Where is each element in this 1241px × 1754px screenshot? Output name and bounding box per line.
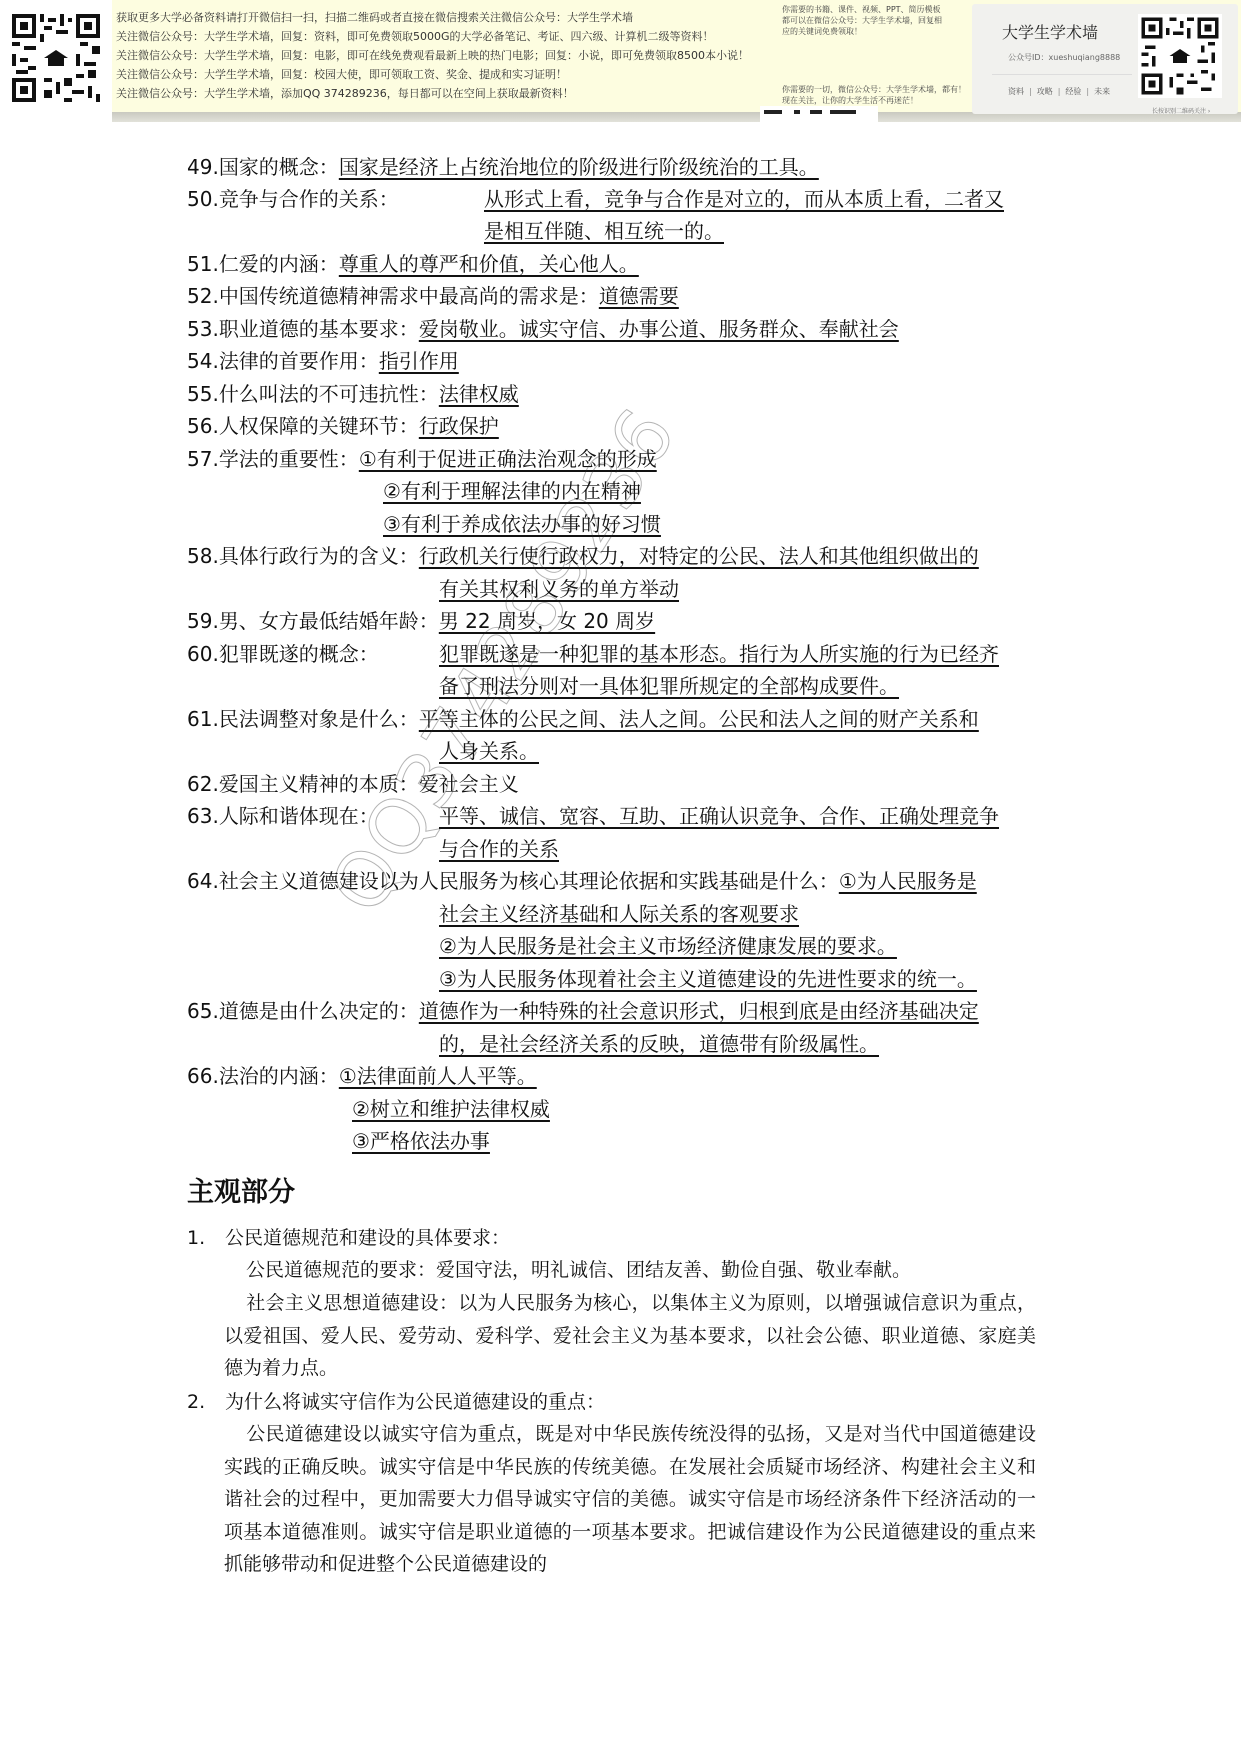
banner-line: 关注微信公众号：大学生学术墙，回复：校园大使，即可领取工资、奖金、提成和实习证明… bbox=[116, 65, 749, 84]
qr-code-icon[interactable] bbox=[1138, 14, 1222, 98]
note-line: 现在关注，让你的大学生活不再迷茫！ bbox=[782, 95, 966, 106]
item-answer: 平等、诚信、宽容、互助、正确认识竞争、合作、正确处理竞争 bbox=[439, 801, 999, 831]
item-number: 57. bbox=[187, 444, 219, 474]
paragraph-text: 社会主义思想道德建设：以为人民服务为核心，以集体主义为原则，以增强诚信意识为重点… bbox=[224, 1292, 1036, 1379]
subjective-question-2: 2.为什么将诚实守信作为公民道德建设的重点： bbox=[187, 1386, 605, 1418]
qa-item-60: 60.犯罪既遂的概念： bbox=[187, 639, 379, 669]
item-answer: ①为人民服务是 bbox=[839, 869, 977, 893]
item-answer: 平等主体的公民之间、法人之间。公民和法人之间的财产关系和 bbox=[419, 707, 979, 731]
item-answer: 男 22 周岁，女 20 周岁 bbox=[439, 609, 655, 633]
account-name: 大学生学术墙 bbox=[1002, 20, 1098, 43]
item-answer: 有关其权利义务的单方举动 bbox=[439, 574, 679, 604]
item-answer: 爱岗敬业。诚实守信、办事公道、服务群众、奉献社会 bbox=[419, 317, 899, 341]
item-question: 男、女方最低结婚年龄： bbox=[219, 609, 439, 633]
paragraph-text: 公民道德规范的要求：爱国守法，明礼诚信、团结友善、勤俭自强、敬业奉献。 bbox=[246, 1259, 911, 1281]
separator: | bbox=[1029, 87, 1032, 96]
note-line: 应的关键词免费领取！ bbox=[782, 26, 942, 37]
banner-fragment bbox=[810, 110, 822, 114]
item-answer: 道德作为一种特殊的社会意识形式，归根到底是由经济基础决定 bbox=[419, 999, 979, 1023]
qa-item-59: 59.男、女方最低结婚年龄：男 22 周岁，女 20 周岁 bbox=[187, 606, 655, 636]
item-question: 中国传统道德精神需求中最高尚的需求是： bbox=[219, 284, 599, 308]
item-question: 仁爱的内涵： bbox=[219, 252, 339, 276]
item-number: 56. bbox=[187, 411, 219, 441]
item-answer: 与合作的关系 bbox=[439, 834, 559, 864]
item-answer: 行政保护 bbox=[419, 414, 499, 438]
item-number: 60. bbox=[187, 639, 219, 669]
item-answer: 是相互伴随、相互统一的。 bbox=[484, 216, 724, 246]
qa-item-51: 51.仁爱的内涵：尊重人的尊严和价值，关心他人。 bbox=[187, 249, 639, 279]
item-number: 51. bbox=[187, 249, 219, 279]
paragraph-text: 公民道德建设以诚实守信为重点，既是对中华民族传统没得的弘扬，又是对当代中国道德建… bbox=[224, 1423, 1036, 1575]
qa-item-66: 66.法治的内涵：①法律面前人人平等。 bbox=[187, 1061, 537, 1091]
item-number: 55. bbox=[187, 379, 219, 409]
item-answer: 法律权威 bbox=[439, 382, 519, 406]
item-question: 什么叫法的不可违抗性： bbox=[219, 382, 439, 406]
question-number: 1. bbox=[187, 1222, 225, 1254]
qa-item-54: 54.法律的首要作用：指引作用 bbox=[187, 346, 459, 376]
qa-item-58: 58.具体行政行为的含义：行政机关行使行政权力，对特定的公民、法人和其他组织做出… bbox=[187, 541, 979, 571]
item-answer: 爱社会主义 bbox=[419, 772, 519, 796]
item-question: 法律的首要作用： bbox=[219, 349, 379, 373]
qa-item-50: 50.竞争与合作的关系： bbox=[187, 184, 399, 214]
question-text: 为什么将诚实守信作为公民道德建设的重点： bbox=[225, 1391, 605, 1413]
item-question: 人权保障的关键环节： bbox=[219, 414, 419, 438]
item-number: 58. bbox=[187, 541, 219, 571]
item-number: 49. bbox=[187, 152, 219, 182]
banner-line: 关注微信公众号：大学生学术墙，回复：资料，即可免费领取5000G的大学必备笔记、… bbox=[116, 27, 749, 46]
item-answer: 国家是经济上占统治地位的阶级进行阶级统治的工具。 bbox=[339, 155, 819, 179]
answer-paragraph: 社会主义思想道德建设：以为人民服务为核心，以集体主义为原则，以增强诚信意识为重点… bbox=[224, 1287, 1036, 1385]
item-answer: ②有利于理解法律的内在精神 bbox=[383, 476, 641, 506]
note-line: 都可以在微信公众号：大学生学术墙，回复相 bbox=[782, 15, 942, 26]
item-number: 64. bbox=[187, 866, 219, 896]
item-question: 社会主义道德建设以为人民服务为核心其理论依据和实践基础是什么： bbox=[219, 869, 839, 893]
qa-item-49: 49.国家的概念：国家是经济上占统治地位的阶级进行阶级统治的工具。 bbox=[187, 152, 819, 182]
item-answer: ②树立和维护法律权威 bbox=[352, 1094, 550, 1124]
item-answer: 犯罪既遂是一种犯罪的基本形态。指行为人所实施的行为已经齐 bbox=[439, 639, 999, 669]
card-link-future[interactable]: 未来 bbox=[1094, 87, 1110, 96]
answer-paragraph: 公民道德规范的要求：爱国守法，明礼诚信、团结友善、勤俭自强、敬业奉献。 bbox=[224, 1254, 1036, 1287]
item-answer: 尊重人的尊严和价值，关心他人。 bbox=[339, 252, 639, 276]
banner-fragment bbox=[830, 110, 856, 114]
qr-code-icon[interactable] bbox=[8, 10, 104, 106]
item-number: 65. bbox=[187, 996, 219, 1026]
item-answer: 社会主义经济基础和人际关系的客观要求 bbox=[439, 899, 799, 929]
item-question: 竞争与合作的关系： bbox=[219, 187, 399, 211]
banner-line: 获取更多大学必备资料请打开微信扫一扫，扫描二维码或者直接在微信搜索关注微信公众号… bbox=[116, 8, 749, 27]
note-line: 你需要的书籍、课件、视频、PPT、简历模板 bbox=[782, 4, 942, 15]
card-links: 资料|攻略|经验|未来 bbox=[1008, 86, 1110, 97]
question-number: 2. bbox=[187, 1386, 225, 1418]
qa-item-61: 61.民法调整对象是什么：平等主体的公民之间、法人之间。公民和法人之间的财产关系… bbox=[187, 704, 979, 734]
item-answer: 从形式上看，竞争与合作是对立的，而从本质上看，二者又 bbox=[484, 184, 1004, 214]
item-question: 犯罪既遂的概念： bbox=[219, 642, 379, 666]
qa-item-56: 56.人权保障的关键环节：行政保护 bbox=[187, 411, 499, 441]
note-line: 你需要的一切，微信公众号：大学生学术墙，都有！ bbox=[782, 84, 966, 95]
item-number: 53. bbox=[187, 314, 219, 344]
separator: | bbox=[1086, 87, 1089, 96]
banner-fragment bbox=[764, 110, 782, 114]
item-answer: ③为人民服务体现着社会主义道德建设的先进性要求的统一。 bbox=[439, 964, 977, 994]
banner-gap bbox=[760, 106, 878, 122]
qa-item-65: 65.道德是由什么决定的：道德作为一种特殊的社会意识形式，归根到底是由经济基础决… bbox=[187, 996, 979, 1026]
item-answer: 行政机关行使行政权力，对特定的公民、法人和其他组织做出的 bbox=[419, 544, 979, 568]
item-number: 52. bbox=[187, 281, 219, 311]
promo-banner: 获取更多大学必备资料请打开微信扫一扫，扫描二维码或者直接在微信搜索关注微信公众号… bbox=[0, 0, 1241, 122]
item-answer: 人身关系。 bbox=[439, 736, 539, 766]
item-number: 59. bbox=[187, 606, 219, 636]
qa-item-52: 52.中国传统道德精神需求中最高尚的需求是：道德需要 bbox=[187, 281, 679, 311]
banner-note-bottom: 你需要的一切，微信公众号：大学生学术墙，都有！ 现在关注，让你的大学生活不再迷茫… bbox=[782, 84, 966, 106]
item-question: 民法调整对象是什么： bbox=[219, 707, 419, 731]
card-link-guides[interactable]: 攻略 bbox=[1037, 87, 1053, 96]
banner-line: 关注微信公众号：大学生学术墙，添加QQ 374289236，每日都可以在空间上获… bbox=[116, 84, 749, 103]
item-answer: ①有利于促进正确法治观念的形成 bbox=[359, 447, 657, 471]
card-link-materials[interactable]: 资料 bbox=[1008, 87, 1024, 96]
item-number: 66. bbox=[187, 1061, 219, 1091]
banner-line: 关注微信公众号：大学生学术墙，回复：电影，即可在线免费观看最新上映的热门电影；回… bbox=[116, 46, 749, 65]
item-answer: ①法律面前人人平等。 bbox=[339, 1064, 537, 1088]
question-text: 公民道德规范和建设的具体要求： bbox=[225, 1227, 510, 1249]
section-heading: 主观部分 bbox=[187, 1170, 295, 1209]
banner-note-top: 你需要的书籍、课件、视频、PPT、简历模板 都可以在微信公众号：大学生学术墙，回… bbox=[782, 4, 942, 37]
banner-text-block: 获取更多大学必备资料请打开微信扫一扫，扫描二维码或者直接在微信搜索关注微信公众号… bbox=[116, 8, 749, 103]
item-number: 61. bbox=[187, 704, 219, 734]
item-answer: 指引作用 bbox=[379, 349, 459, 373]
qa-item-63: 63.人际和谐体现在： bbox=[187, 801, 379, 831]
item-answer: 道德需要 bbox=[599, 284, 679, 308]
item-question: 道德是由什么决定的： bbox=[219, 999, 419, 1023]
item-question: 具体行政行为的含义： bbox=[219, 544, 419, 568]
qa-item-57: 57.学法的重要性：①有利于促进正确法治观念的形成 bbox=[187, 444, 657, 474]
item-number: 63. bbox=[187, 801, 219, 831]
item-answer: ③严格依法办事 bbox=[352, 1126, 490, 1156]
item-question: 爱国主义精神的本质： bbox=[219, 772, 419, 796]
item-answer: ②为人民服务是社会主义市场经济健康发展的要求。 bbox=[439, 931, 897, 961]
qa-item-64: 64.社会主义道德建设以为人民服务为核心其理论依据和实践基础是什么：①为人民服务… bbox=[187, 866, 977, 896]
account-id: 公众号ID：xueshuqiang8888 bbox=[1008, 52, 1120, 63]
item-answer: 的，是社会经济关系的反映，道德带有阶级属性。 bbox=[439, 1029, 879, 1059]
qa-item-55: 55.什么叫法的不可违抗性：法律权威 bbox=[187, 379, 519, 409]
answer-paragraph: 公民道德建设以诚实守信为重点，既是对中华民族传统没得的弘扬，又是对当代中国道德建… bbox=[224, 1418, 1036, 1581]
separator: | bbox=[1058, 87, 1061, 96]
item-question: 职业道德的基本要求： bbox=[219, 317, 419, 341]
item-answer: 备了刑法分则对一具体犯罪所规定的全部构成要件。 bbox=[439, 671, 899, 701]
item-answer: ③有利于养成依法办事的好习惯 bbox=[383, 509, 661, 539]
subjective-question-1: 1.公民道德规范和建设的具体要求： bbox=[187, 1222, 510, 1254]
banner-fragment bbox=[794, 110, 800, 114]
card-link-experience[interactable]: 经验 bbox=[1065, 87, 1081, 96]
item-question: 法治的内涵： bbox=[219, 1064, 339, 1088]
item-question: 学法的重要性： bbox=[219, 447, 359, 471]
item-number: 62. bbox=[187, 769, 219, 799]
item-number: 50. bbox=[187, 184, 219, 214]
item-number: 54. bbox=[187, 346, 219, 376]
qa-item-62: 62.爱国主义精神的本质：爱社会主义 bbox=[187, 769, 519, 799]
item-question: 国家的概念： bbox=[219, 155, 339, 179]
qa-item-53: 53.职业道德的基本要求：爱岗敬业。诚实守信、办事公道、服务群众、奉献社会 bbox=[187, 314, 899, 344]
qr-caption: 长按识别二维码关注 › bbox=[1152, 106, 1210, 115]
card-divider bbox=[992, 74, 1132, 75]
item-question: 人际和谐体现在： bbox=[219, 804, 379, 828]
